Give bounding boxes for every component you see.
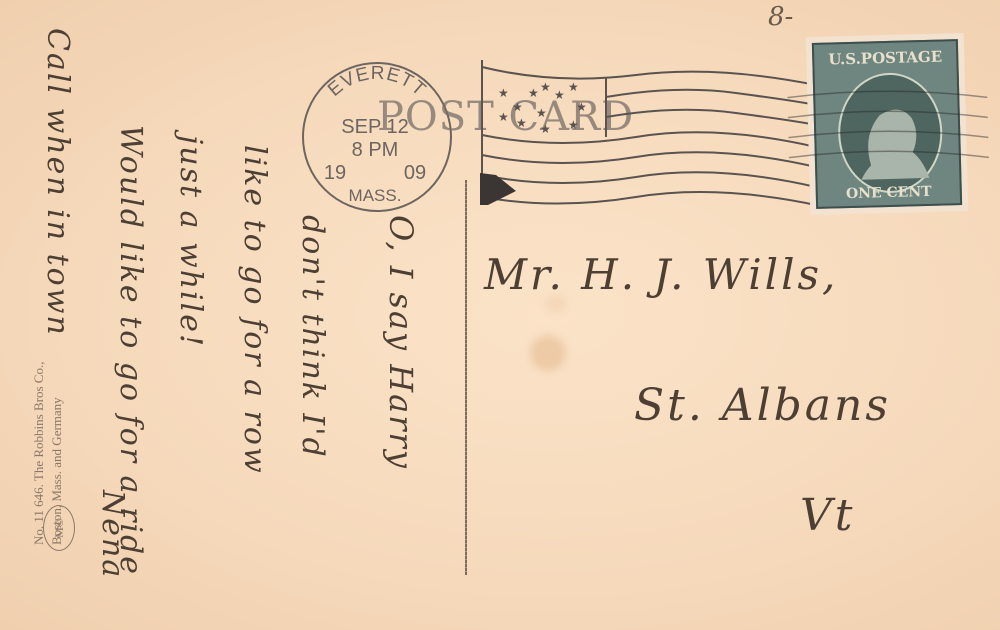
svg-text:★: ★ bbox=[540, 122, 551, 136]
address-state: Vt bbox=[800, 490, 855, 541]
message-line: just a while! bbox=[173, 135, 208, 348]
address-city: St. Albans bbox=[634, 380, 891, 431]
publisher-logo: M© bbox=[43, 505, 75, 551]
svg-text:★: ★ bbox=[568, 118, 579, 132]
flag-cancel-mark: ★★★ ★★★ ★★★ ★★★ bbox=[476, 55, 816, 215]
svg-text:★: ★ bbox=[498, 110, 509, 124]
postmark-time: 8 PM bbox=[352, 139, 399, 161]
address-name: Mr. H. J. Wills, bbox=[484, 250, 838, 299]
message-line: Call when in town bbox=[40, 28, 75, 337]
svg-text:★: ★ bbox=[540, 80, 551, 94]
svg-text:★: ★ bbox=[512, 100, 523, 114]
svg-text:★: ★ bbox=[536, 106, 547, 120]
postmark-state: MASS. bbox=[349, 186, 402, 205]
corner-pencil-note: 8- bbox=[768, 2, 793, 32]
postmark-year-left: 19 bbox=[324, 162, 346, 184]
svg-text:★: ★ bbox=[568, 80, 579, 94]
postage-stamp: U.S.POSTAGE ONE CENT bbox=[806, 33, 969, 215]
svg-text:★: ★ bbox=[528, 86, 539, 100]
svg-text:★: ★ bbox=[516, 116, 527, 130]
card-divider-line bbox=[465, 180, 467, 575]
message-line: like to go for a row bbox=[237, 145, 272, 475]
svg-text:★: ★ bbox=[576, 100, 587, 114]
message-line: don't think I'd bbox=[295, 215, 330, 459]
stamp-cancel-lines bbox=[787, 72, 990, 187]
svg-text:★: ★ bbox=[554, 88, 565, 102]
message-line: O, I say Harry bbox=[382, 215, 420, 470]
message-signature: Nena bbox=[95, 490, 130, 579]
stamp-top-text: U.S.POSTAGE bbox=[818, 47, 952, 69]
stain bbox=[530, 335, 566, 371]
postcard-back: 8- EVERETT SEP 12 8 PM 19 09 MASS. POST … bbox=[0, 0, 1000, 630]
svg-text:★: ★ bbox=[498, 86, 509, 100]
postmark-year-right: 09 bbox=[404, 162, 426, 184]
